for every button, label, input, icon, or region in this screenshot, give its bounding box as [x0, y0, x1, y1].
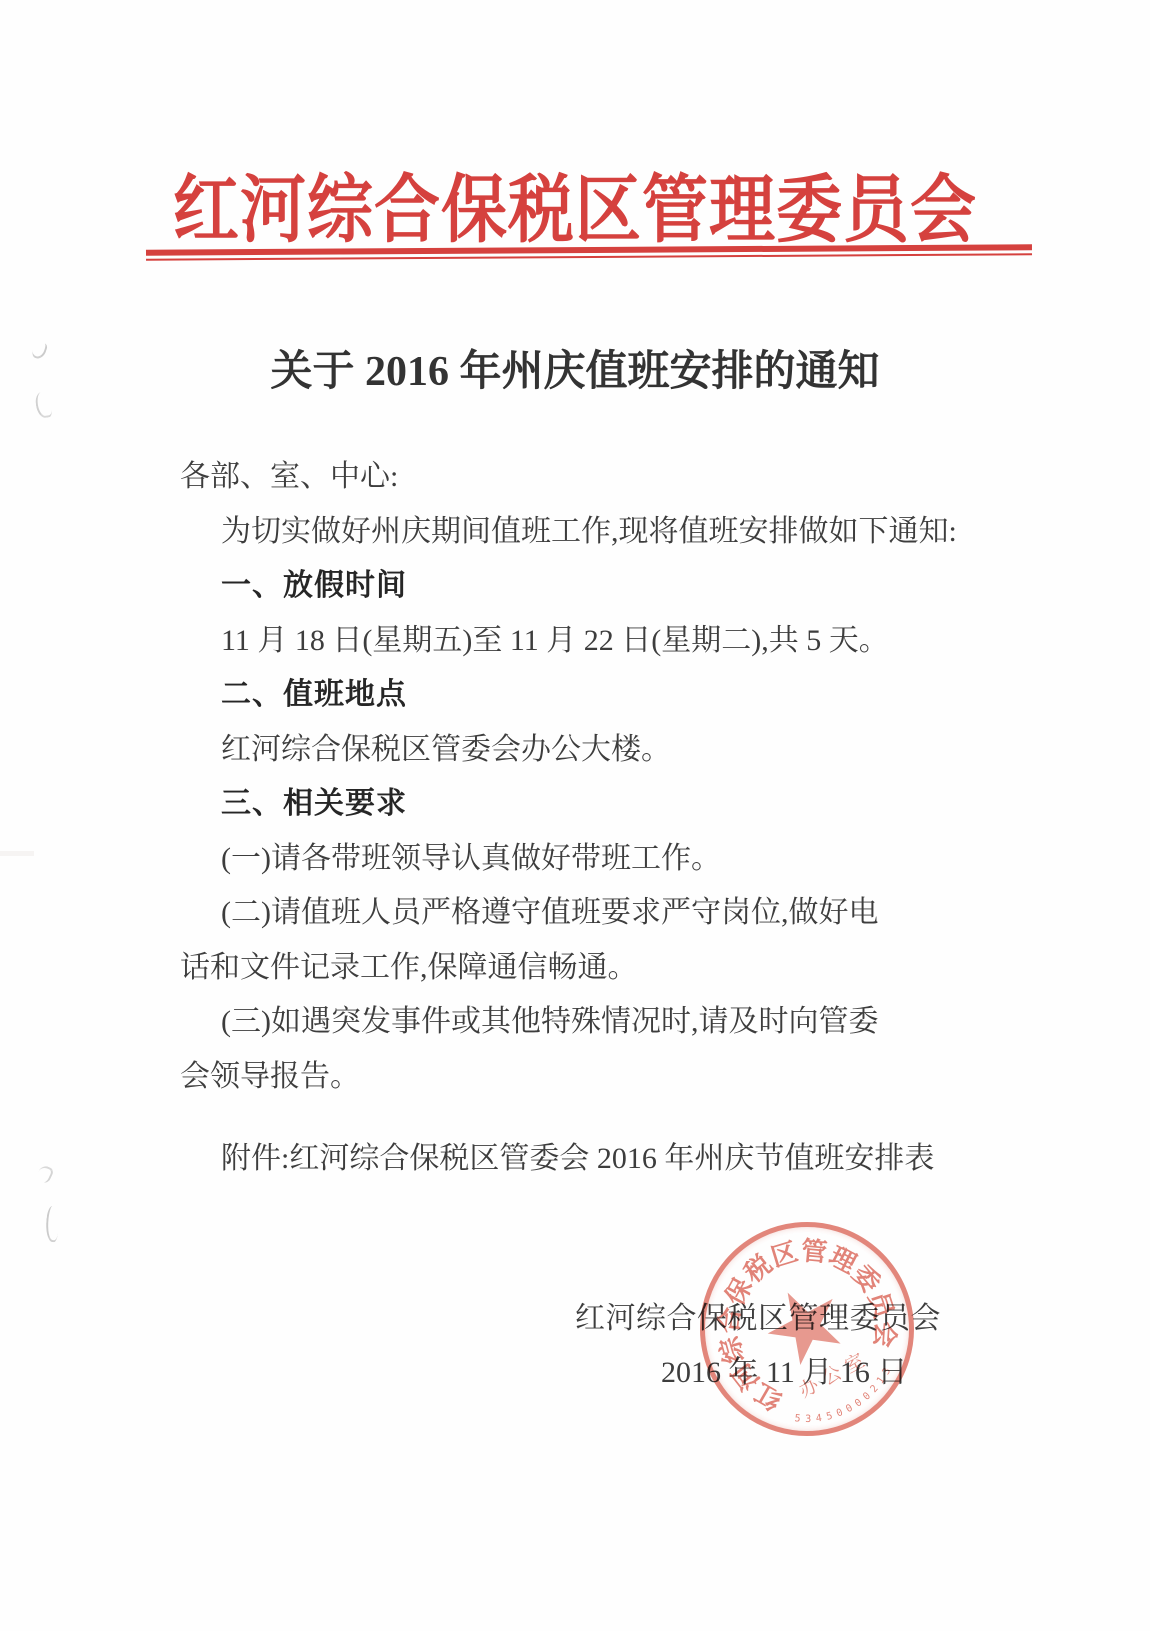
letterhead-title: 红河综合保税区管理委员会 — [0, 150, 1150, 256]
body-line: 话和文件记录工作,保障通信畅通。 — [180, 937, 1000, 992]
body-line: 11 月 18 日(星期五)至 11 月 22 日(星期二),共 5 天。 — [180, 610, 1000, 665]
scan-artifact — [35, 1164, 54, 1184]
section-heading: 一、放假时间 — [180, 555, 1000, 610]
signature-date: 2016 年 11 月 16 日 — [661, 1347, 907, 1391]
scanned-notice-page: 红河综合保税区管理委员会 关于 2016 年州庆值班安排的通知 各部、室、中心:… — [0, 0, 1150, 1631]
body-line: (三)如遇突发事件或其他特殊情况时,请及时向管委 — [180, 991, 1000, 1046]
attachment-line: 附件:红河综合保税区管委会 2016 年州庆节值班安排表 — [221, 1133, 934, 1177]
body-line: (一)请各带班领导认真做好带班工作。 — [180, 828, 1000, 883]
body-line: 为切实做好州庆期间值班工作,现将值班安排做如下通知: — [180, 501, 1000, 556]
scan-artifact — [44, 1205, 61, 1242]
body-line: 会领导报告。 — [180, 1046, 1000, 1101]
section-heading: 三、相关要求 — [180, 773, 1000, 828]
scan-artifact — [0, 851, 34, 856]
document-body: 各部、室、中心:为切实做好州庆期间值班工作,现将值班安排做如下通知:一、放假时间… — [180, 446, 1000, 1100]
body-line: 红河综合保税区管委会办公大楼。 — [180, 719, 1000, 774]
seal-code: 53450000213 — [662, 1184, 851, 1284]
document-title: 关于 2016 年州庆值班安排的通知 — [0, 338, 1150, 398]
section-heading: 二、值班地点 — [180, 664, 1000, 719]
body-line: (二)请值班人员严格遵守值班要求严守岗位,做好电 — [180, 882, 1000, 937]
signature-org: 红河综合保税区管理委员会 — [575, 1293, 941, 1337]
seal-ring-text: 红河综合保税区管理委员会 — [662, 1184, 851, 1284]
body-line: 各部、室、中心: — [180, 446, 1000, 501]
